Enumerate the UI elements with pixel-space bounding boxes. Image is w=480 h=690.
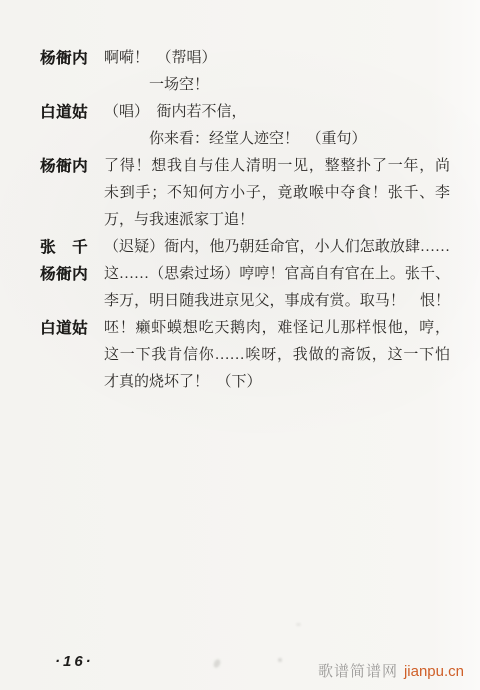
speech-lines: （迟疑）衙内，他乃朝廷命官，小人们怎敢放肆…… — [104, 234, 450, 261]
speech-lines: （唱） 衙内若不信， 你来看：经堂人迹空！ （重句） — [104, 99, 450, 153]
watermark-site-url: jianpu.cn — [404, 663, 464, 680]
script-entry: 杨衙内 啊嗬！ （帮唱） 一场空！ — [40, 45, 452, 99]
scan-smudge — [278, 658, 282, 662]
speaker-name: 杨衙内 — [40, 261, 104, 288]
speaker-name: 白道姑 — [40, 99, 104, 126]
speech-lines: 了得！想我自与佳人清明一见，整整扑了一年，尚 未到手；不知何方小子，竟敢喉中夺食… — [104, 153, 450, 234]
page-number: ·16· — [55, 653, 94, 670]
dialogue-line: 了得！想我自与佳人清明一见，整整扑了一年，尚 — [104, 153, 450, 180]
scan-smudge — [296, 623, 301, 626]
dialogue-line: 这……（思索过场）哼哼！官高自有官在上。张千、 — [104, 261, 450, 288]
scan-smudge — [212, 658, 221, 669]
dialogue-line: 才真的烧坏了！ （下） — [104, 369, 450, 396]
dialogue-line: （迟疑）衙内，他乃朝廷命官，小人们怎敢放肆…… — [104, 234, 450, 261]
watermark: 歌谱简谱网jianpu.cn — [318, 660, 464, 681]
speaker-name: 白道姑 — [40, 315, 104, 342]
scanned-script-page: 杨衙内 啊嗬！ （帮唱） 一场空！ 白道姑 （唱） 衙内若不信， 你来看：经堂人… — [0, 0, 480, 690]
dialogue-line: 李万，明日随我进京见父，事成有赏。取马！ 恨！ — [104, 288, 450, 315]
dialogue-line: 万，与我速派家丁追！ — [104, 207, 450, 234]
verse-line: 你来看：经堂人迹空！ （重句） — [104, 126, 450, 153]
script-entry: 张 千 （迟疑）衙内，他乃朝廷命官，小人们怎敢放肆…… — [40, 234, 452, 261]
dialogue-line: 啊嗬！ （帮唱） — [104, 45, 450, 72]
dialogue-line: 呸！癞虾蟆想吃天鹅肉，难怪记儿那样恨他，哼， — [104, 315, 450, 342]
script-entry: 白道姑 呸！癞虾蟆想吃天鹅肉，难怪记儿那样恨他，哼， 这一下我肯信你……唉呀，我… — [40, 315, 452, 396]
watermark-site-name: 歌谱简谱网 — [318, 663, 398, 680]
speech-lines: 呸！癞虾蟆想吃天鹅肉，难怪记儿那样恨他，哼， 这一下我肯信你……唉呀，我做的斋饭… — [104, 315, 450, 396]
script-entry: 杨衙内 这……（思索过场）哼哼！官高自有官在上。张千、 李万，明日随我进京见父，… — [40, 261, 452, 315]
dialogue-line: 未到手；不知何方小子，竟敢喉中夺食！张千、李 — [104, 180, 450, 207]
speech-lines: 啊嗬！ （帮唱） 一场空！ — [104, 45, 450, 99]
dialogue-line: 这一下我肯信你……唉呀，我做的斋饭，这一下怕 — [104, 342, 450, 369]
dialogue-line: （唱） 衙内若不信， — [104, 99, 450, 126]
speaker-name: 杨衙内 — [40, 153, 104, 180]
script-entry: 杨衙内 了得！想我自与佳人清明一见，整整扑了一年，尚 未到手；不知何方小子，竟敢… — [40, 153, 452, 234]
script-entry: 白道姑 （唱） 衙内若不信， 你来看：经堂人迹空！ （重句） — [40, 99, 452, 153]
speech-lines: 这……（思索过场）哼哼！官高自有官在上。张千、 李万，明日随我进京见父，事成有赏… — [104, 261, 450, 315]
script-text-block: 杨衙内 啊嗬！ （帮唱） 一场空！ 白道姑 （唱） 衙内若不信， 你来看：经堂人… — [40, 45, 452, 396]
speaker-name: 张 千 — [40, 234, 104, 261]
verse-line: 一场空！ — [104, 72, 450, 99]
speaker-name: 杨衙内 — [40, 45, 104, 72]
